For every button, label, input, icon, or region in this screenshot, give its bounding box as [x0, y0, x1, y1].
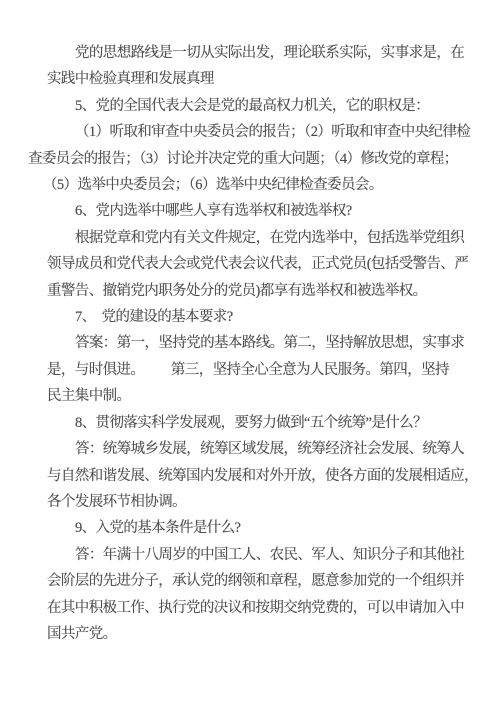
text-line: 答：年满十八周岁的中国工人、农民、军人、知识分子和其他社 — [47, 542, 473, 568]
text-line: 根据党章和党内有关文件规定，在党内选举中，包括选举党组织 — [47, 225, 473, 251]
text-line: 实践中检验真理和发展真理 — [47, 66, 473, 92]
text-line: 9、入党的基本条件是什么? — [47, 515, 473, 541]
text-line: 党的思想路线是一切从实际出发，理论联系实际，实事求是，在 — [47, 40, 473, 66]
text-line: 与自然和谐发展、统筹国内发展和对外开放，使各方面的发展相适应， — [47, 463, 473, 489]
text-line: 各个发展环节相协调。 — [47, 489, 473, 515]
document-page: 党的思想路线是一切从实际出发，理论联系实际，实事求是，在实践中检验真理和发展真理… — [0, 0, 500, 707]
document-text-block: 党的思想路线是一切从实际出发，理论联系实际，实事求是，在实践中检验真理和发展真理… — [47, 40, 473, 647]
text-line: 会阶层的先进分子，承认党的纲领和章程，愿意参加党的一个组织并 — [47, 568, 473, 594]
text-line: 7、 党的建设的基本要求? — [47, 304, 473, 330]
text-line: 领导成员和党代表大会或党代表会议代表，正式党员(包括受警告、严 — [47, 251, 473, 277]
text-line: 重警告、撤销党内职务处分的党员)都享有选举权和被选举权。 — [47, 278, 473, 304]
text-line: 答案：第一，坚持党的基本路线。第二，坚持解放思想，实事求 — [47, 330, 473, 356]
text-line: 查委员会的报告；（3）讨论并决定党的重大问题；（4）修改党的章程； — [28, 146, 473, 172]
text-line: 答：统筹城乡发展，统筹区域发展，统筹经济社会发展、统筹人 — [47, 436, 473, 462]
text-line: 5、党的全国代表大会是党的最高权力机关，它的职权是： — [47, 93, 473, 119]
text-line: （5）选举中央委员会；（6）选举中央纪律检查委员会。 — [43, 172, 473, 198]
text-line: 民主集中制。 — [47, 383, 473, 409]
text-line: 国共产党。 — [47, 621, 473, 647]
text-line: （1）听取和审查中央委员会的报告；（2）听取和审查中央纪律检 — [47, 119, 473, 145]
text-line: 8、贯彻落实科学发展观，要努力做到“五个统筹”是什么？ — [47, 410, 473, 436]
text-line: 是，与时俱进。 第三，坚持全心全意为人民服务。第四，坚持 — [47, 357, 473, 383]
text-line: 6、党内选举中哪些人享有选举权和被选举权? — [47, 198, 473, 224]
text-line: 在其中积极工作、执行党的决议和按期交纳党费的，可以申请加入中 — [47, 595, 473, 621]
